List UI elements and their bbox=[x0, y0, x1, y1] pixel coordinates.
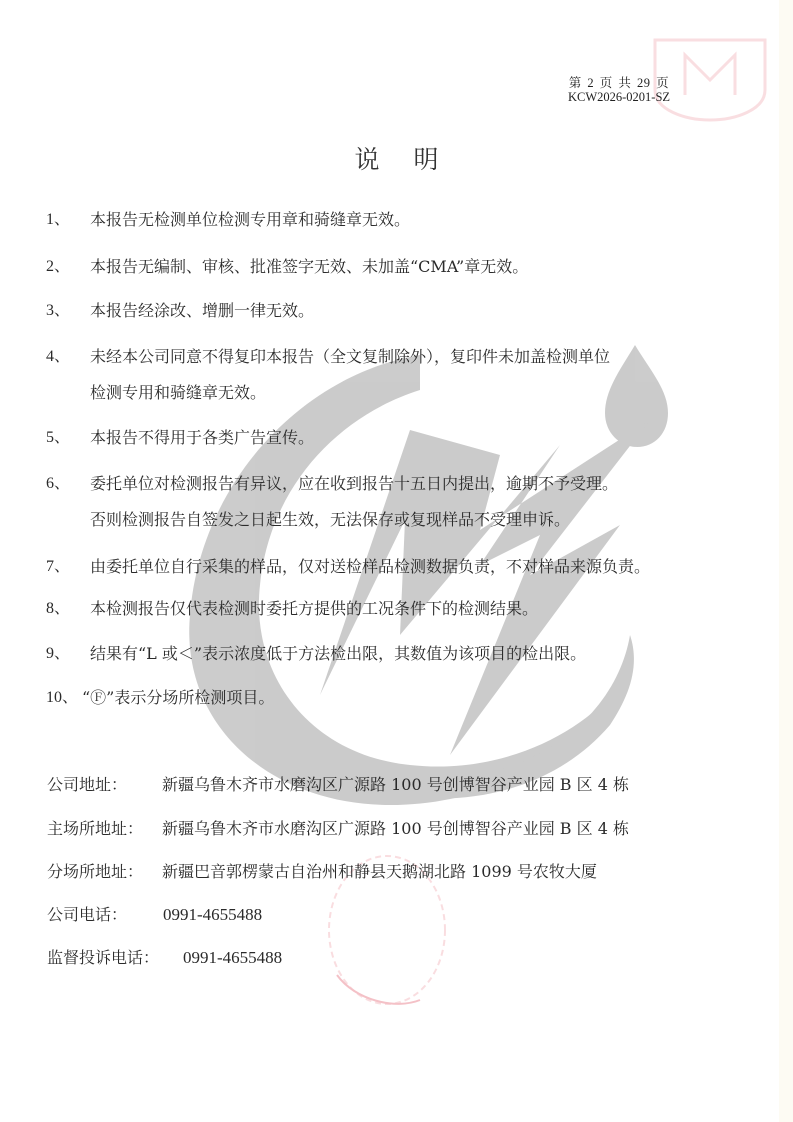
note-text: 本报告无检测单位检测专用章和骑缝章无效。 bbox=[90, 208, 410, 232]
company-address-row: 公司地址： 新疆乌鲁木齐市水磨沟区广源路 100 号创博智谷产业园 B 区 4 … bbox=[47, 773, 127, 797]
complaint-phone-label: 监督投诉电话： bbox=[47, 946, 159, 970]
note-number: 2、 bbox=[46, 255, 70, 279]
branch-site-address-value: 新疆巴音郭楞蒙古自治州和静县天鹅湖北路 1099 号农牧大厦 bbox=[162, 860, 597, 884]
note-number: 4、 bbox=[46, 345, 70, 369]
report-number: KCW2026-0201-SZ bbox=[566, 90, 672, 104]
main-site-address-value: 新疆乌鲁木齐市水磨沟区广源路 100 号创博智谷产业园 B 区 4 栋 bbox=[162, 817, 629, 841]
note-number: 7、 bbox=[46, 555, 70, 579]
note-number: 10、 bbox=[46, 686, 78, 710]
note-number: 6、 bbox=[46, 472, 70, 496]
main-site-address-label: 主场所地址： bbox=[47, 817, 143, 841]
note-text: 委托单位对检测报告有异议，应在收到报告十五日内提出，逾期不予受理。 bbox=[90, 472, 618, 496]
note-text: 本检测报告仅代表检测时委托方提供的工况条件下的检测结果。 bbox=[90, 597, 538, 621]
note-text: 结果有“L 或＜”表示浓度低于方法检出限，其数值为该项目的检出限。 bbox=[90, 642, 586, 666]
page-header: 第 2 页 共 29 页 KCW2026-0201-SZ bbox=[566, 76, 672, 104]
note-number: 5、 bbox=[46, 426, 70, 450]
company-phone-row: 公司电话： 0991-4655488 bbox=[47, 903, 127, 927]
branch-site-address-label: 分场所地址： bbox=[47, 860, 143, 884]
note-text: 由委托单位自行采集的样品，仅对送检样品检测数据负责，不对样品来源负责。 bbox=[90, 555, 650, 579]
note-text-continued: 检测专用和骑缝章无效。 bbox=[90, 381, 266, 405]
note-number: 3、 bbox=[46, 299, 70, 323]
note-number: 1、 bbox=[46, 208, 70, 232]
note-text: 未经本公司同意不得复印本报告（全文复制除外），复印件未加盖检测单位 bbox=[90, 345, 610, 369]
complaint-phone-value: 0991-4655488 bbox=[183, 946, 282, 970]
company-phone-label: 公司电话： bbox=[47, 903, 127, 927]
company-phone-value: 0991-4655488 bbox=[163, 903, 262, 927]
note-text: 本报告不得用于各类广告宣传。 bbox=[90, 426, 314, 450]
main-site-address-row: 主场所地址： 新疆乌鲁木齐市水磨沟区广源路 100 号创博智谷产业园 B 区 4… bbox=[47, 817, 143, 841]
note-text: “Ⓕ”表示分场所检测项目。 bbox=[82, 686, 274, 710]
note-text: 本报告无编制、审核、批准签字无效、未加盖“CMA”章无效。 bbox=[90, 255, 528, 279]
note-text: 本报告经涂改、增删一律无效。 bbox=[90, 299, 314, 323]
note-text-continued: 否则检测报告自签发之日起生效，无法保存或复现样品不受理申诉。 bbox=[90, 508, 570, 532]
company-address-label: 公司地址： bbox=[47, 773, 127, 797]
company-address-value: 新疆乌鲁木齐市水磨沟区广源路 100 号创博智谷产业园 B 区 4 栋 bbox=[162, 773, 629, 797]
page-title: 说明 bbox=[0, 140, 793, 176]
branch-site-address-row: 分场所地址： 新疆巴音郭楞蒙古自治州和静县天鹅湖北路 1099 号农牧大厦 bbox=[47, 860, 143, 884]
company-logo-watermark-icon bbox=[150, 335, 730, 835]
page-indicator: 第 2 页 共 29 页 bbox=[566, 76, 672, 90]
note-number: 8、 bbox=[46, 597, 70, 621]
note-number: 9、 bbox=[46, 642, 70, 666]
complaint-phone-row: 监督投诉电话： 0991-4655488 bbox=[47, 946, 159, 970]
